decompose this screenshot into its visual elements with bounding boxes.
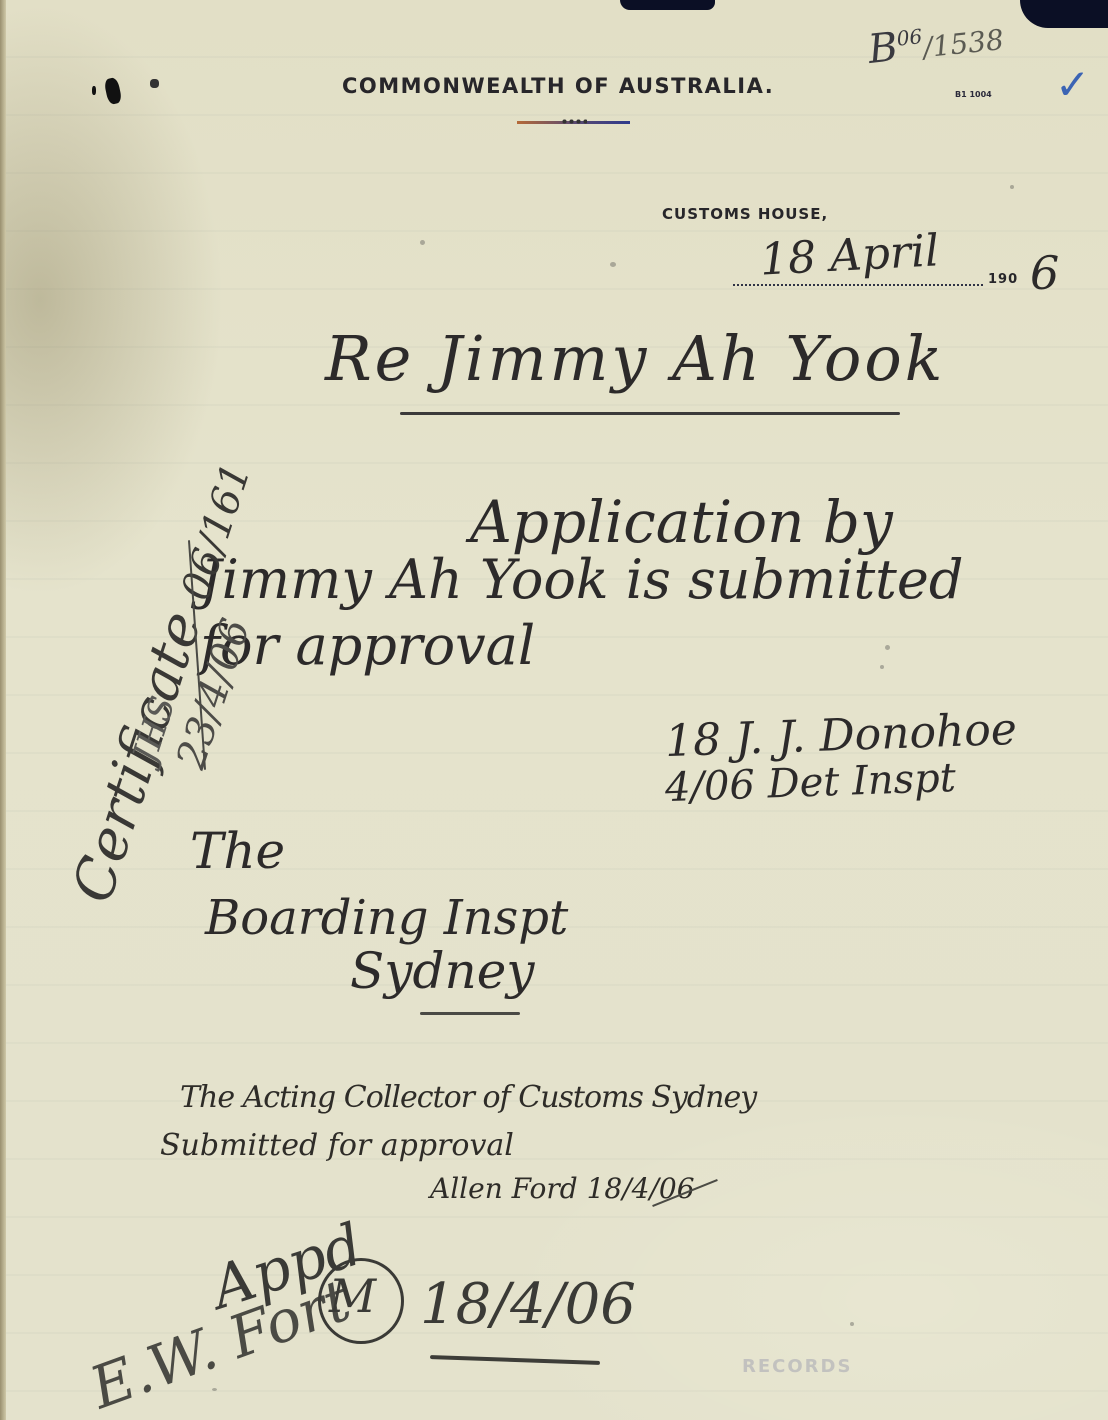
ink-speckle <box>610 262 616 267</box>
signature-title: Det Inspt <box>767 755 957 808</box>
ink-speckle <box>850 1322 854 1326</box>
minute-signature: Allen Ford 18/4/06 <box>430 1172 695 1205</box>
signature-name: J. J. Donohoe <box>734 704 1017 765</box>
addressee-line: The <box>190 822 285 880</box>
circled-initials: M <box>318 1258 404 1344</box>
check-mark-icon: ✓ <box>1055 60 1090 109</box>
punch-hole <box>103 77 122 105</box>
minute-line: The Acting Collector of Customs Sydney <box>180 1080 756 1115</box>
approval-date: 18/4/06 <box>420 1272 636 1337</box>
letter-year-digit: 6 <box>1030 246 1059 300</box>
signature-title-line: 4/06 Det Inspt <box>664 755 956 811</box>
addressee-underline <box>420 1012 520 1015</box>
reference-superscript: 06 <box>895 24 923 51</box>
circled-initials-text: M <box>329 1269 376 1323</box>
body-line: Jimmy Ah Yook is submitted <box>200 548 963 611</box>
punch-hole-small <box>92 86 96 95</box>
addressee-line: Sydney <box>350 942 535 1000</box>
letter-date: 18 April <box>759 225 941 285</box>
ink-speckle <box>1010 185 1014 189</box>
torn-edge <box>620 0 715 10</box>
body-line: Application by <box>470 488 893 556</box>
document-page: COMMONWEALTH OF AUSTRALIA. B1 1004 CUSTO… <box>0 0 1108 1420</box>
masthead-rule <box>517 121 630 124</box>
approval-date-underline <box>430 1355 600 1365</box>
signature-date-day: 18 <box>664 714 722 767</box>
minute-line: Submitted for approval <box>160 1128 514 1163</box>
reference-digits: /1538 <box>922 23 1006 64</box>
torn-corner <box>1020 0 1108 28</box>
ink-speckle <box>212 1388 217 1391</box>
addressee-line: Boarding Inspt <box>205 890 568 946</box>
faint-records-stamp: RECORDS <box>742 1356 852 1377</box>
rule-ornament <box>561 118 587 125</box>
ink-speckle <box>420 240 425 245</box>
office-heading: CUSTOMS HOUSE, <box>662 205 828 223</box>
subject-underline <box>400 412 900 415</box>
subject-line: Re Jimmy Ah Yook <box>325 322 945 395</box>
form-number: B1 1004 <box>955 90 992 99</box>
signature-line: 18 J. J. Donohoe <box>664 704 1017 767</box>
signature-date-month-year: 4/06 <box>664 762 755 811</box>
reference-number: B06/1538 <box>866 13 1006 73</box>
page-edge <box>0 0 6 1420</box>
year-prefix: 190 <box>988 272 1018 287</box>
ink-speckle <box>885 645 890 650</box>
punch-hole-small <box>150 79 159 88</box>
ink-speckle <box>880 665 884 669</box>
masthead: COMMONWEALTH OF AUSTRALIA. <box>342 74 774 98</box>
